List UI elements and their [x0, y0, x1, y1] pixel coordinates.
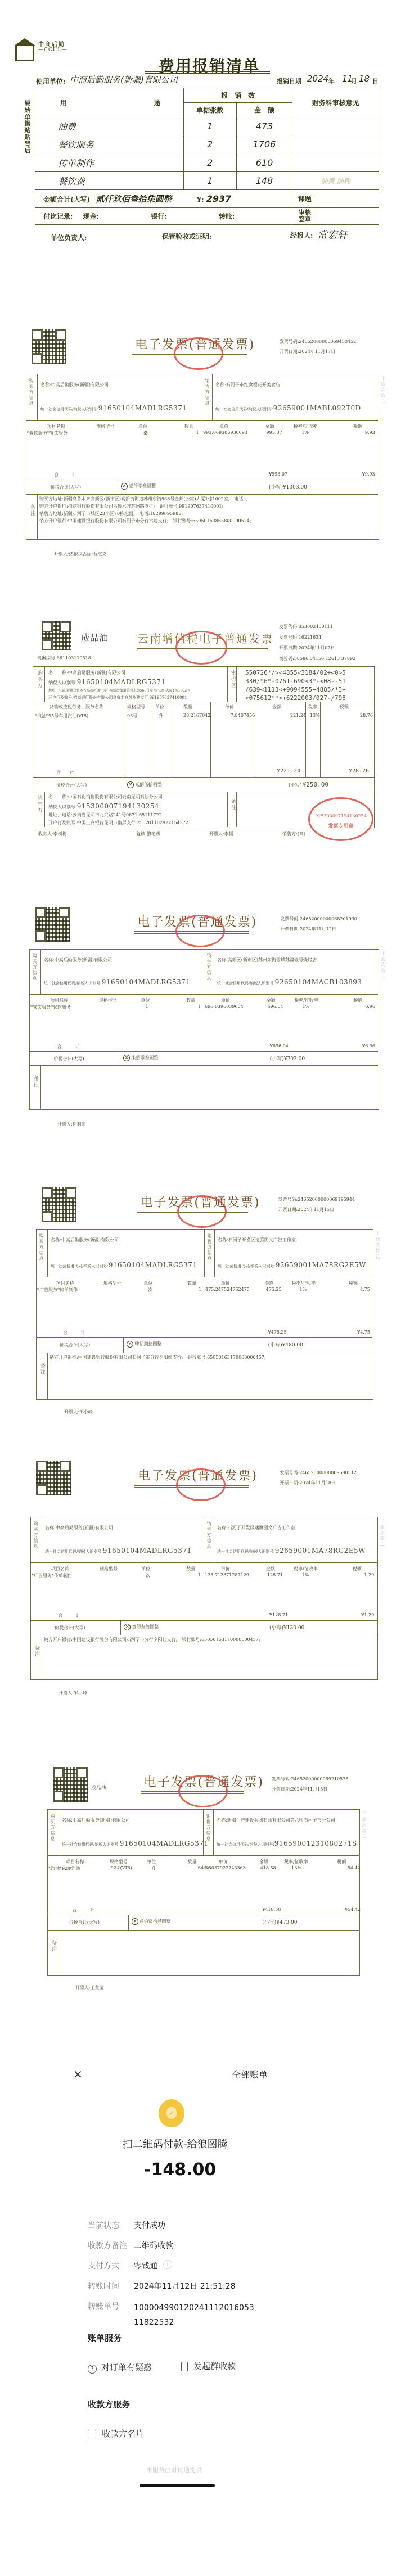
brand-name: 中商后勤: [38, 39, 65, 48]
buyer-side-label: 购买方: [36, 670, 43, 689]
seller-seal-stamp: 915300007194130254 发票专用章: [308, 797, 373, 841]
total-label: 合 计: [54, 472, 76, 478]
item-cell: 1: [199, 1287, 201, 1292]
payment-record: 付讫记录: 现金: 银行: 转账:: [35, 207, 292, 224]
seller-address: 地址、电话:云南省昆明市北京路241号0871-65111722: [48, 812, 162, 818]
number-label: 发票号码:: [279, 635, 299, 640]
item-name: *汽油*95号车用汽油(VIB): [35, 713, 88, 719]
seller-name: 名称:石河子开发区速腾图文广告工作室: [217, 1525, 295, 1531]
invoice-code: 发票代码:053002400111: [279, 623, 333, 630]
detail-label: 转账时间: [88, 2280, 119, 2292]
remark-label: 备注: [33, 1645, 40, 1657]
seller-name-value: 高新区(新市区)苏州东街雪域苏疆壹号烧烤店: [228, 957, 317, 962]
buyer-name-label: 名称:: [51, 1237, 61, 1242]
handler-signature: 常宏轩: [317, 227, 348, 242]
download-count: 下载次数:1: [380, 951, 386, 980]
total-amount: ¥696.04: [270, 1043, 289, 1049]
tax-bureau-stamp: [175, 631, 227, 665]
seller-name: 名称:石河子开发区速腾图文广告工作室: [218, 1237, 296, 1243]
seller-name-label: 名称:: [215, 382, 226, 387]
number-value: 16221634: [299, 635, 322, 640]
audit-label-b: 签章: [299, 215, 311, 223]
check-value: 58586 04156 12613 37892: [294, 656, 355, 661]
small-total: (小写)¥473.00: [262, 1918, 297, 1926]
item-cell: 475.247524752475: [205, 1287, 250, 1292]
total-tax: ¥6.96: [362, 1043, 375, 1049]
total-tax: ¥9.93: [362, 472, 375, 477]
footer-note: 本服务由财付通提供: [146, 2465, 202, 2474]
col-header: 单价: [221, 1280, 230, 1286]
buyer-name: 名 称:中高后勤服务(新疆)有限公司: [48, 670, 125, 676]
seller-tax: 统一社会信用代码/纳税人识别号:91659001231080271S: [217, 1840, 357, 1847]
item-spec: 95号: [127, 713, 137, 719]
cash-label: 现金:: [83, 213, 99, 220]
buyer-name-label: 名称:: [62, 1818, 73, 1823]
buyer-tax-value: 91650104MADLRG5371: [102, 978, 191, 986]
brand-name-en: —CCUL—: [38, 47, 67, 53]
rule: [120, 1620, 121, 1635]
number-value: 24652000000069210578: [291, 1777, 349, 1782]
detail-label: 收款方备注: [88, 2240, 127, 2251]
buyer-tax-value: 91650104MADLRG5371: [109, 1261, 197, 1269]
total-amount: ¥993.07: [269, 472, 287, 477]
date-label: 开票日期:: [279, 645, 299, 650]
buyer-tax-label: 统一社会信用代码/纳税人识别号:: [44, 981, 102, 986]
detail-value: 2024年11月12日 21:51:28: [134, 2280, 236, 2292]
seller-address-label: 地址、电话:: [48, 812, 73, 817]
tax-bureau-stamp: [177, 1195, 227, 1228]
close-icon[interactable]: ✕: [73, 2068, 83, 2081]
col-header: 规格型号: [100, 1566, 118, 1572]
question-order-label: 对订单有疑惑: [101, 2362, 152, 2372]
row-review: 油费 油耗: [292, 171, 379, 189]
total-label: 合 计: [72, 1907, 94, 1913]
cipher-line: 330/*6*-0761-690<3*-<08--51: [245, 677, 346, 685]
qr-code: [35, 907, 70, 942]
subject-label: 课题: [292, 189, 317, 207]
buyer-tax-label: 纳税人识别号:: [48, 680, 77, 685]
date-label: 开票日期:: [272, 1787, 291, 1792]
rule: [36, 1353, 372, 1353]
words-value: ✕壹佰叁拾圆整: [124, 1624, 159, 1630]
col-header: 数量: [186, 1566, 195, 1572]
row-count: 1: [183, 171, 236, 189]
seller-side-label: 销售方信息: [206, 953, 212, 982]
item-cell: 1.29: [364, 1572, 374, 1578]
rule: [44, 792, 45, 827]
col-header: 规格型号: [99, 997, 117, 1004]
row-amount: 1706: [236, 135, 292, 153]
rule: [204, 1517, 204, 1562]
invoice-date: 开票日期:2024年11月15日: [278, 1206, 334, 1213]
invoice-frame: [30, 1517, 378, 1680]
drawer: 开票人:何利宏: [57, 1121, 86, 1127]
number-value: 24652000000068201990: [300, 916, 357, 921]
col-header: 税率/征收率: [294, 423, 318, 430]
drawer: 开票人:邹小峰: [64, 1409, 93, 1415]
seller-side-label: 销售方信息: [206, 1233, 213, 1262]
remark-line: 销方开户银行:中国建设银行股份有限公司石河子市分行六建支行; 银行账号:6505…: [39, 518, 251, 524]
group-header: 报 销 数: [183, 88, 292, 103]
rule: [123, 1337, 124, 1353]
col-header: 税率/征收率: [294, 1566, 318, 1572]
purpose-header-b: 途: [154, 99, 160, 107]
x-circle-icon: ✕: [121, 483, 128, 490]
drawer-label: 开票人:: [57, 1122, 73, 1127]
remark-line: 销方开户银行:中国建设银行股份有限公司石河子市分行夕阳红支行; 银行账号:650…: [44, 1637, 260, 1643]
item-qty: 28.2167042: [183, 713, 210, 718]
small-value: ¥480.00: [282, 1343, 303, 1348]
item-cell: 桌: [143, 430, 148, 436]
total-tax: ¥54.42: [345, 1907, 361, 1912]
remark-line: 销方开户银行:中国建设银行股份有限公司石河子市分行夕阳红支行; 银行账号:650…: [49, 1354, 266, 1361]
download-count: 下载次数:1: [380, 376, 386, 405]
seller-name-label: 名 称:: [48, 794, 68, 799]
rule: [202, 374, 202, 420]
words-text: 肆佰捌拾圆整: [134, 1341, 161, 1346]
seller-tax-value: 91659001231080271S: [274, 1840, 357, 1847]
bank-label: 银行:: [151, 213, 166, 220]
detail-value: 零钱通: [134, 2260, 157, 2271]
small-label: (小写): [268, 1343, 282, 1348]
seller-name-value: 新疆生产建设兵团石油有限公司第八师石河子市分公司: [227, 1818, 335, 1823]
seller-tax: 纳税人识别号:915300007194130254: [48, 802, 159, 810]
small-label: (小写): [269, 485, 283, 490]
tax-bureau-stamp: [176, 1468, 226, 1501]
cipher-line: /639<1113<+9094555+4885/*3+: [245, 685, 346, 694]
day-suffix: 日: [372, 76, 379, 85]
col-header: 金额: [272, 704, 281, 710]
small-total: (小写)¥130.00: [269, 1624, 304, 1631]
item-cell: 1: [198, 1572, 201, 1578]
buyer-name-value: 中高后勤服务(新疆)有限公司: [55, 957, 112, 962]
buyer-tax-label: 统一社会信用代码/纳税人识别号:: [51, 1264, 109, 1268]
invoice-number: 发票号码:24652000000069450452: [280, 338, 357, 345]
small-label: (小写): [288, 783, 303, 788]
item-cell: 128.71: [267, 1572, 283, 1578]
buyer-name-value: 中高后勤服务(新疆)有限公司: [56, 1525, 113, 1530]
number-value: 24652000000069195944: [298, 1197, 355, 1202]
seller-name-value: 中国石化销售股份有限公司云南昆明石油分公司: [68, 794, 163, 799]
invoice-date: 开票日期:2024年11月07日: [279, 645, 335, 651]
seller-bank-label: 开户行及账号:: [48, 820, 77, 825]
item-cell: 次: [148, 1287, 152, 1293]
year-suffix: 年: [328, 76, 335, 85]
col-header: 单价: [219, 423, 228, 430]
rule: [30, 1635, 377, 1635]
rule: [213, 1809, 214, 1855]
item-cell: 993.069306930693: [203, 430, 247, 435]
unit-label: 使用单位:: [36, 76, 65, 86]
col-header: 单位: [138, 423, 147, 430]
date-value: 2024年11月07日: [299, 645, 335, 650]
number-label: 发票号码:: [278, 1197, 298, 1202]
date-value: 2024年11月17日: [299, 349, 335, 354]
detail-label: 当前状态: [88, 2220, 119, 2231]
drawer-value: 何利宏: [73, 1122, 86, 1127]
seller-name-label: 名称:: [217, 957, 228, 962]
detail-value: 二维码收款: [134, 2240, 173, 2251]
item-amount: 221.24: [290, 713, 306, 718]
row-review: [292, 135, 379, 153]
col-header: 单位: [141, 997, 150, 1004]
buyer-tax: 统一社会信用代码/纳税人识别号:91650104MADLRG5371: [62, 1840, 209, 1847]
purpose-header: 用 途: [35, 88, 184, 117]
col-header: 金额: [266, 1566, 275, 1572]
rule: [44, 666, 45, 702]
words-label: 价税合计(大写): [53, 1056, 84, 1062]
rule: [214, 1517, 214, 1562]
rule: [227, 666, 228, 702]
seller-name: 名 称:中国石化销售股份有限公司云南昆明石油分公司: [48, 794, 163, 800]
reviewer-label: 复核:: [136, 831, 147, 837]
buyer-tax: 纳税人识别号:91650104MADLRG5371: [48, 678, 165, 686]
detail-label: 转账单号: [88, 2301, 119, 2312]
small-label: (小写): [262, 1920, 276, 1926]
rule: [125, 702, 125, 792]
payee-service-title: 收款方服务: [88, 2398, 130, 2410]
words-value: ✕柒佰零叁圆整: [123, 1055, 158, 1061]
col-header: 单位: [143, 1280, 152, 1286]
date-label: 开票日期:: [280, 349, 299, 354]
item-rate: 13%: [310, 713, 320, 718]
seller-name: 名称:高新区(新市区)苏州东街雪域苏疆壹号烧烤店: [217, 957, 317, 963]
drawer-value: 邹小峰: [79, 1409, 93, 1414]
x-circle-icon: ✕: [123, 1055, 130, 1061]
rule: [33, 777, 374, 778]
item-unit: 升: [159, 713, 163, 719]
seller-name-value: 石河子市红食樱花开美食店: [226, 382, 280, 387]
seller-tax-label: 纳税人识别号:: [48, 805, 77, 810]
check-code: 校验码:58586 04156 12613 37892: [279, 656, 355, 662]
buyer-name-value: 中高后勤服务(新疆)有限公司: [61, 1237, 119, 1242]
small-total: (小写)¥703.00: [270, 1055, 305, 1062]
tax-bureau-stamp: [178, 1775, 228, 1807]
number-label: 发票号码:: [280, 1470, 300, 1475]
drawer-label: 开票人:: [75, 1985, 91, 1990]
item-cell: 1: [196, 430, 199, 435]
question-order-button[interactable]: ?对订单有疑惑: [88, 2361, 152, 2374]
col-header: 税额: [353, 423, 362, 430]
payee-card-button[interactable]: 收款方名片: [88, 2428, 144, 2439]
row-review: [292, 117, 379, 135]
expense-table: 用 途 报 销 数 财务科审核意见 单据张数 金 额 油费 1 473 餐饮服务…: [35, 88, 379, 225]
group-collect-button[interactable]: 发起群收款: [181, 2360, 236, 2372]
item-cell: 54.42: [348, 1865, 361, 1870]
detail-row: 转账时间2024年11月12日 21:51:28: [88, 2280, 324, 2301]
row-purpose: 油费: [35, 117, 184, 135]
qr-code: [31, 329, 66, 364]
custody-label: 保管验收或证明:: [162, 232, 211, 241]
seller-seal-label: 销售方:(章): [282, 831, 305, 837]
seller-tax-label: 统一社会信用代码/纳税人识别号:: [217, 1549, 275, 1554]
col-header: 单价: [221, 1566, 230, 1572]
date-value: 2024年11月15日: [291, 1787, 328, 1792]
total-label: 合 计: [63, 1330, 85, 1336]
review-note: 油费 油耗: [321, 177, 350, 185]
seller-side-label: 销售方: [36, 795, 43, 814]
buyer-name: 名称:中高后勤服务(新疆)有限公司: [51, 1237, 119, 1243]
total-amount: ¥221.24: [277, 768, 300, 774]
seller-name-value: 石河子开发区速腾图文广告工作室: [228, 1237, 296, 1242]
download-count: 下载次数:1: [361, 1811, 367, 1841]
total-label: 合 计: [58, 1612, 80, 1619]
audit-label: 审核签章: [292, 207, 317, 224]
drawer: 开票人:热依汉古丽·吾杰克: [54, 551, 106, 557]
col-header: 单位: [155, 704, 164, 710]
machine-label: 机器编号:: [37, 656, 57, 661]
seller-tax-label: 统一社会信用代码/纳税人识别号:: [215, 407, 273, 412]
invoice-number: 发票号码:16221634: [279, 634, 321, 640]
question-icon: ?: [88, 2365, 97, 2374]
seller-tax-value: 92659001MA78RG2E5W: [275, 1547, 366, 1554]
words-label: 价税合计(大写): [51, 484, 81, 490]
rule: [40, 1065, 41, 1109]
download-count: 下载次数:2: [375, 1231, 381, 1260]
row-purpose: 餐饮服务: [35, 135, 184, 153]
invoice-date: 开票日期:2024年11月12日: [280, 926, 336, 932]
item-cell: 1: [146, 1004, 148, 1009]
rule: [204, 1229, 205, 1277]
col-header: 金额: [265, 423, 274, 430]
number-label: 发票号码:: [280, 339, 299, 344]
seller-bank-value: 中国工商银行昆明市南屏支行 2502011029221543721: [77, 820, 191, 825]
buyer-name: 名称:中高后勤服务(新疆)有限公司: [40, 382, 109, 388]
buyer-tax-value: 91650104MADLRG5371: [120, 1840, 209, 1847]
buyer-side-label: 购买方信息: [31, 953, 38, 982]
col-header: 税额: [337, 1859, 346, 1865]
invoice-frame: [47, 1809, 360, 1976]
col-header: 金额: [265, 1280, 274, 1286]
words-text: 柒佰零叁圆整: [131, 1055, 158, 1060]
total-tax: ¥1.29: [361, 1612, 374, 1617]
small-label: (小写): [270, 1056, 284, 1062]
expense-row: 餐饮费 1 148 油费 油耗: [35, 171, 379, 189]
col-header: 单价: [221, 997, 230, 1004]
buyer-name-label: 名 称:: [48, 670, 68, 675]
number-value: 24652000000069450452: [299, 339, 356, 344]
transfer-label: 转账:: [219, 213, 235, 220]
row-count: 2: [183, 153, 236, 171]
detail-label: 支付方式: [88, 2260, 119, 2271]
audit-value: [317, 207, 379, 224]
col-header: 税率: [308, 704, 317, 710]
merchant-title: 扫二维码付款-给狼图腾: [123, 2136, 228, 2151]
code-value: 053002400111: [299, 624, 333, 629]
qr-code: [42, 1187, 76, 1222]
remark-line: 销售方地址:新疆石河子市城区23小区70栋北面; 电话:18299095988;: [39, 510, 183, 517]
rule: [42, 1635, 42, 1679]
invoice-date: 开票日期:2024年11月17日: [280, 349, 335, 355]
bill-service-title: 账单服务: [88, 2332, 121, 2344]
seller-tax-value: 92659001MABL092T0D: [273, 404, 361, 412]
buyer-bank-value: 招商银行股份有限公司乌鲁木齐苏州路支行 991907637410001: [73, 695, 187, 700]
col-header: 金额: [267, 997, 276, 1004]
cipher-line: 550726*/><4855<3184/02+<0>5: [245, 668, 346, 677]
number-value: 24652000000069580512: [299, 1470, 357, 1475]
rule: [118, 480, 118, 494]
buyer-tax: 统一社会信用代码/纳税人识别号:91650104MADLRG5371: [51, 1261, 197, 1269]
buyer-bank: 开户行及账号:招商银行股份有限公司乌鲁木齐苏州路支行 9919076374100…: [48, 695, 187, 701]
home-indicator[interactable]: [139, 2484, 215, 2487]
invoice-category: 成品油: [91, 1784, 106, 1791]
cipher-side-label: 密码区: [229, 670, 237, 689]
code-label: 发票代码:: [279, 624, 299, 629]
invoice-frame: [36, 1229, 373, 1400]
rule: [128, 1915, 129, 1930]
payment-record-label: 付讫记录:: [43, 213, 73, 220]
card-icon: [88, 2430, 96, 2438]
info-icon[interactable]: i: [163, 2260, 172, 2269]
buyer-tax: 统一社会信用代码/纳税人识别号:91650104MADLRG5371: [45, 1547, 192, 1554]
machine-value: 661103110518: [57, 656, 91, 661]
item-cell: 418.58: [260, 1865, 276, 1870]
total-label: 金额合计(大写): [43, 196, 90, 204]
seller-address-value: 云南省昆明市北京路241号0871-65111722: [73, 812, 162, 817]
words-value: ✕肆佰柒拾叁圆整: [132, 1918, 171, 1925]
tax-bureau-stamp: [174, 337, 223, 370]
drawer-value: 邹小峰: [74, 1691, 87, 1696]
col-header: 货物或应税劳务、服务名称: [49, 704, 103, 710]
row-amount: 473: [236, 117, 292, 135]
payment-amount: -148.00: [144, 2160, 216, 2180]
item-cell: 696.0396039604: [205, 1004, 244, 1009]
purpose-header-a: 用: [60, 99, 67, 107]
remark-line: 购买方地址:新疆乌鲁木齐高新区(新市区)高新街街道苏州东街568号金邦(公寓)大…: [39, 496, 248, 502]
small-label: (小写): [269, 1625, 283, 1631]
total-prefix: ¥:: [197, 196, 204, 204]
col-header: 数量: [186, 997, 195, 1004]
month-suffix: 月: [351, 76, 357, 85]
date-value: 2024年11月12日: [300, 927, 336, 932]
seller-side-label: 销售方信息: [205, 1814, 211, 1842]
remark-label: 备注: [32, 1075, 39, 1088]
rule: [37, 494, 38, 539]
seller-tax-value: 92659001MA78RG2E5W: [276, 1261, 366, 1269]
group-collect-label: 发起群收款: [193, 2361, 236, 2371]
rule: [33, 792, 374, 792]
head-label: 单位负责人:: [51, 233, 87, 242]
col-header: 规格型号: [103, 1280, 121, 1286]
buyer-tax-value: 91650104MADLRG5371: [77, 678, 166, 686]
total-label: 合 计: [57, 1043, 80, 1050]
words-value: ✕贰佰伍拾圆整: [127, 781, 162, 788]
seller-tax: 统一社会信用代码/纳税人识别号:92659001MA78RG2E5W: [218, 1261, 366, 1269]
seller-side-label: 销售方信息: [206, 1521, 212, 1549]
total-tax: ¥4.75: [357, 1330, 370, 1335]
drawer-label: 开票人:: [54, 552, 69, 557]
rule: [26, 494, 378, 495]
check-label: 校验码:: [279, 656, 294, 661]
buyer-side-label: 购买方信息: [49, 1814, 56, 1842]
item-cell: 128.712871287129: [205, 1572, 249, 1578]
date-day: 18: [359, 74, 370, 84]
total-amount: ¥475.25: [268, 1330, 287, 1335]
reviewer-value: 黎艳燕: [147, 831, 160, 837]
rule: [30, 1562, 377, 1563]
qr-code: [42, 621, 71, 650]
expense-row: 油费 1 473: [35, 117, 379, 135]
cipher-line: <075612**>+6222003/027-/798: [245, 694, 346, 702]
item-cell: 13%: [291, 1865, 301, 1870]
invoice-number: 发票号码:24652000000069195944: [278, 1196, 355, 1203]
item-cell: 次: [146, 1572, 150, 1579]
buyer-tax-value: 91650104MADLRG5371: [103, 1547, 192, 1554]
rule: [47, 1229, 48, 1277]
col-header: 数量: [183, 704, 192, 710]
rule: [203, 1809, 204, 1855]
buyer-name-label: 名称:: [40, 382, 51, 387]
